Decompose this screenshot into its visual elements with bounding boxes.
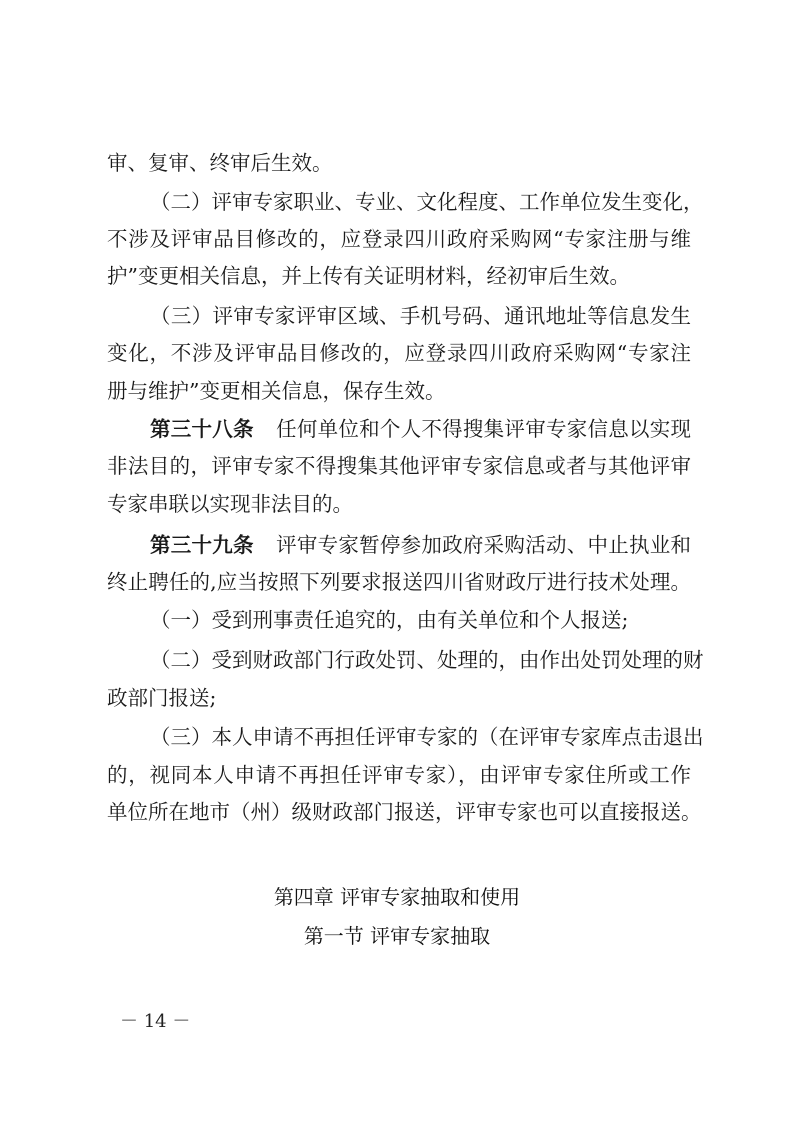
section-title: 第一节 评审专家抽取 <box>0 921 794 951</box>
article-38-first-line: 第三十八条任何单位和个人不得搜集评审专家信息以实现 <box>150 414 691 444</box>
article-38-text: 任何单位和个人不得搜集评审专家信息以实现 <box>276 417 691 441</box>
article-39-first-line: 第三十九条评审专家暂停参加政府采购活动、中止执业和 <box>150 530 691 560</box>
list-item-continuation: 政部门报送; <box>107 683 691 713</box>
paragraph-line: 不涉及评审品目修改的，应登录四川政府采购网“专家注册与维 <box>107 224 691 254</box>
list-item: （一）受到刑事责任追究的，由有关单位和个人报送; <box>150 605 691 635</box>
paragraph-line: （三）评审专家评审区域、手机号码、通讯地址等信息发生 <box>150 301 691 331</box>
paragraph-line: （二）评审专家职业、专业、文化程度、工作单位发生变化， <box>150 187 691 217</box>
paragraph-line: 护”变更相关信息，并上传有关证明材料，经初审后生效。 <box>107 261 691 291</box>
paragraph-line: 变化，不涉及评审品目修改的，应登录四川政府采购网“专家注 <box>107 338 691 368</box>
article-39-label: 第三十九条 <box>150 533 254 557</box>
article-38-line: 非法目的，评审专家不得搜集其他评审专家信息或者与其他评审 <box>107 451 691 481</box>
list-item-continuation: 的，视同本人申请不再担任评审专家），由评审专家住所或工作 <box>107 760 691 790</box>
list-item: （二）受到财政部门行政处罚、处理的，由作出处罚处理的财 <box>150 645 691 675</box>
article-39-line: 终止聘任的,应当按照下列要求报送四川省财政厅进行技术处理。 <box>107 567 691 597</box>
paragraph-line: 审、复审、终审后生效。 <box>107 148 691 178</box>
list-item-continuation: 单位所在地市（州）级财政部门报送，评审专家也可以直接报送。 <box>107 797 691 827</box>
paragraph-line: 册与维护”变更相关信息，保存生效。 <box>107 376 691 406</box>
article-38-line: 专家串联以实现非法目的。 <box>107 489 691 519</box>
list-item: （三）本人申请不再担任评审专家的（在评审专家库点击退出 <box>150 722 691 752</box>
document-page: 审、复审、终审后生效。 （二）评审专家职业、专业、文化程度、工作单位发生变化， … <box>0 0 794 1123</box>
article-38-label: 第三十八条 <box>150 417 254 441</box>
page-number: － 14 － <box>120 1007 190 1033</box>
article-39-text: 评审专家暂停参加政府采购活动、中止执业和 <box>276 533 691 557</box>
chapter-title: 第四章 评审专家抽取和使用 <box>0 882 794 912</box>
